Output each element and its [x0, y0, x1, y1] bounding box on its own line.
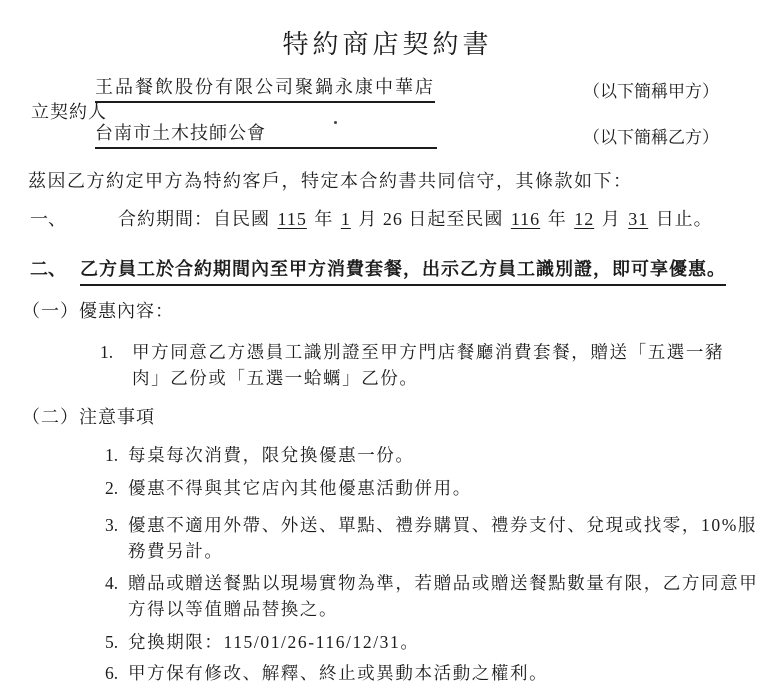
party-a-alias: （以下簡稱甲方）	[583, 77, 719, 102]
section-2-heading-notes: （二）注意事項	[22, 403, 155, 429]
clause-1-segment: 年	[309, 209, 339, 229]
note-item-4-text: 贈品或贈送餐點以現場實物為準，若贈品或贈送餐點數量有限，乙方同意甲方得以等值贈品…	[128, 570, 763, 622]
clause-1-end-year-value: 116	[509, 209, 542, 229]
note-item-1-number: 1.	[105, 442, 128, 468]
note-item-1-text: 每桌每次消費，限兌換優惠一份。	[128, 442, 415, 468]
note-item-3-number: 3.	[105, 512, 128, 538]
note-item-6-number: 6.	[105, 660, 128, 686]
clause-1-segment: 月	[596, 209, 626, 229]
contract-document-page: 特約商店契約書 立契約人 王品餐飲股份有限公司聚鍋永康中華店 （以下簡稱甲方） …	[0, 0, 775, 690]
clause-1-segment: 年	[542, 209, 572, 229]
scan-artifact-dot	[334, 121, 337, 124]
clause-1-segment: 月 26 日起至民國	[353, 209, 509, 229]
clause-1-start-month-value: 1	[339, 209, 353, 229]
note-item-1: 1. 每桌每次消費，限兌換優惠一份。	[105, 442, 763, 468]
preamble-text: 茲因乙方約定甲方為特約客戶，特定本合約書共同信守，其條款如下：	[28, 167, 633, 193]
note-item-6-text: 甲方保有修改、解釋、終止或異動本活動之權利。	[128, 660, 548, 686]
party-b-name: 台南市土木技師公會	[95, 119, 437, 149]
note-item-3: 3. 優惠不適用外帶、外送、單點、禮券購買、禮券支付、兌現或找零，10%服務費另…	[105, 512, 763, 564]
clause-1-number: 一、	[30, 205, 118, 231]
clause-2-benefit-statement: 二、 乙方員工於合約期間內至甲方消費套餐，出示乙方員工識別證，即可享優惠。	[30, 255, 726, 286]
party-a-name: 王品餐飲股份有限公司聚鍋永康中華店	[95, 73, 435, 103]
section-1-item-1: 1. 甲方同意乙方憑員工識別證至甲方門店餐廳消費套餐，贈送「五選一豬肉」乙份或「…	[100, 339, 752, 391]
clause-1-segment: 合約期間：自民國	[118, 209, 276, 229]
note-item-6: 6. 甲方保有修改、解釋、終止或異動本活動之權利。	[105, 660, 763, 686]
note-item-2: 2. 優惠不得與其它店內其他優惠活動併用。	[105, 475, 763, 501]
clause-1-end-day-value: 31	[626, 209, 650, 229]
clause-1-start-year-value: 115	[276, 209, 309, 229]
section-1-item-1-number: 1.	[100, 339, 132, 365]
section-1-heading-offer-content: （一）優惠內容：	[22, 297, 174, 323]
section-1-item-1-text: 甲方同意乙方憑員工識別證至甲方門店餐廳消費套餐，贈送「五選一豬肉」乙份或「五選一…	[132, 339, 752, 391]
clause-2-text: 乙方員工於合約期間內至甲方消費套餐，出示乙方員工識別證，即可享優惠。	[80, 255, 726, 286]
note-item-5-text: 兌換期限：115/01/26-116/12/31。	[128, 629, 419, 655]
clause-2-number: 二、	[30, 255, 80, 281]
clause-1-text: 合約期間：自民國 115 年 1 月 26 日起至民國 116 年 12 月 3…	[118, 205, 713, 231]
clause-1-contract-period: 一、 合約期間：自民國 115 年 1 月 26 日起至民國 116 年 12 …	[30, 205, 713, 231]
note-item-5-number: 5.	[105, 629, 128, 655]
note-item-3-text: 優惠不適用外帶、外送、單點、禮券購買、禮券支付、兌現或找零，10%服務費另計。	[128, 512, 763, 564]
note-item-2-number: 2.	[105, 475, 128, 501]
party-b-alias: （以下簡稱乙方）	[583, 123, 719, 148]
note-item-4: 4. 贈品或贈送餐點以現場實物為準，若贈品或贈送餐點數量有限，乙方同意甲方得以等…	[105, 570, 763, 622]
note-item-5: 5. 兌換期限：115/01/26-116/12/31。	[105, 629, 763, 655]
clause-1-end-month-value: 12	[572, 209, 596, 229]
note-item-2-text: 優惠不得與其它店內其他優惠活動併用。	[128, 475, 472, 501]
clause-1-segment: 日止。	[650, 209, 713, 229]
page-title: 特約商店契約書	[0, 24, 775, 61]
note-item-4-number: 4.	[105, 570, 128, 596]
